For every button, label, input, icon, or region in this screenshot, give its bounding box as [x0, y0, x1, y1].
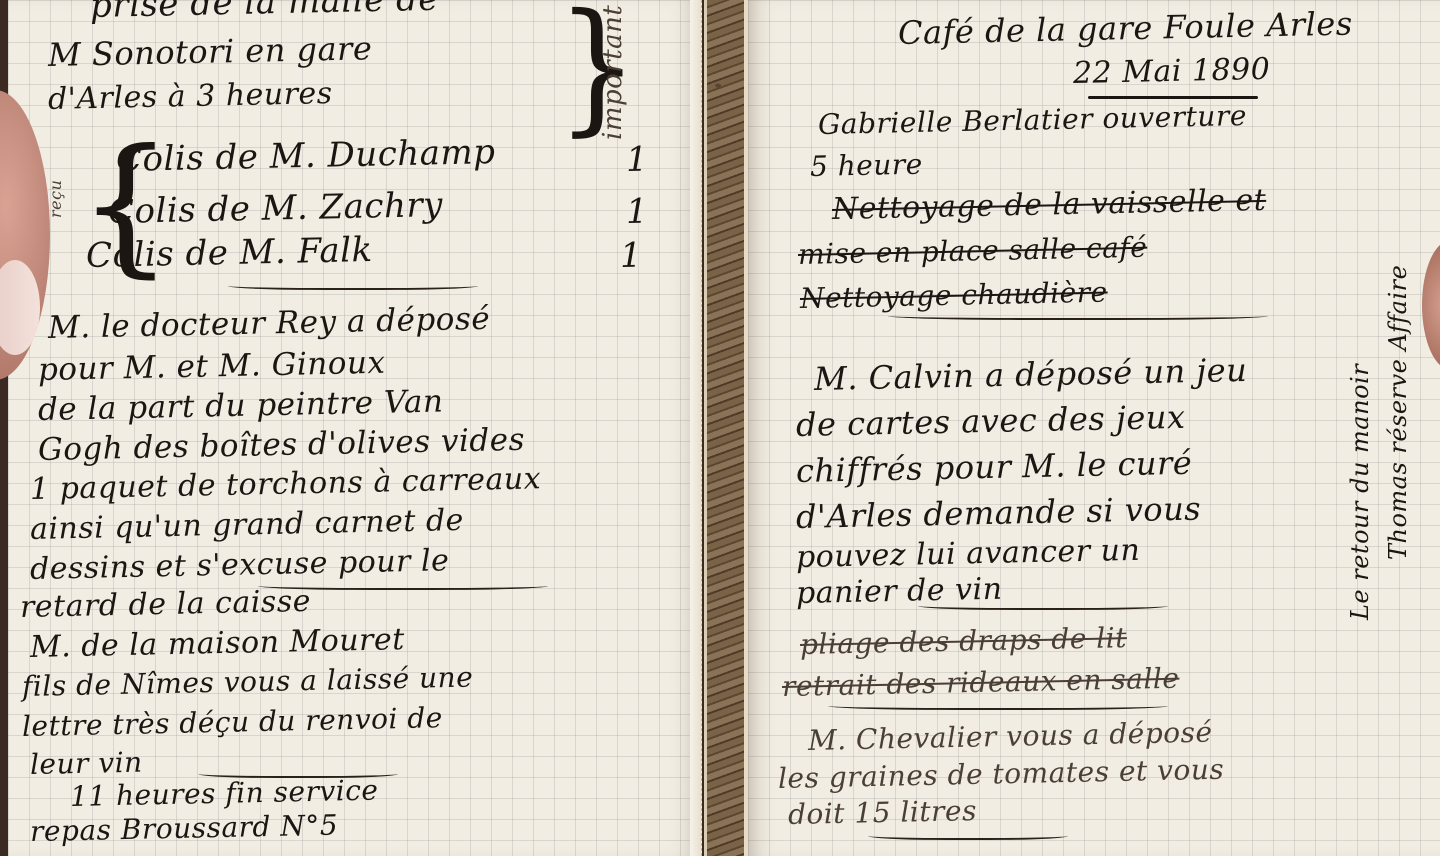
- squiggle-end-right: [868, 830, 1068, 840]
- right-line-4-struck: mise en place salle café: [798, 231, 1148, 271]
- right-line-2: 5 heure: [810, 148, 923, 183]
- right-line-6: M. Calvin a déposé un jeu: [814, 351, 1248, 398]
- left-body-line-13: 11 heures fin service: [70, 774, 379, 813]
- right-line-1: Gabrielle Berlatier ouverture: [818, 99, 1248, 141]
- right-line-12-struck: pliage des draps de lit: [800, 621, 1128, 661]
- page-header: Café de la gare Foule Arles: [898, 4, 1353, 52]
- left-body-line-9: M. de la maison Mouret: [30, 622, 405, 665]
- notebook-photo: prise de la malle de M Sonotori en gare …: [0, 0, 1440, 856]
- squiggle-separator: [228, 280, 478, 290]
- margin-note-important: important: [598, 5, 628, 140]
- right-page: Café de la gare Foule Arles 22 Mai 1890 …: [748, 0, 1440, 856]
- right-line-13-struck: retrait des rideaux en salle: [782, 662, 1180, 703]
- right-line-7: de cartes avec des jeux: [796, 398, 1186, 444]
- page-date: 22 Mai 1890: [1073, 52, 1271, 91]
- notebook-spine: [704, 0, 750, 856]
- left-body-line-11: lettre très déçu du renvoi de: [22, 701, 443, 743]
- squiggle-separator-right-3: [828, 700, 1168, 710]
- right-margin-note-2: Thomas réserve Affaire: [1384, 265, 1412, 560]
- left-top-line-1: prise de la malle de: [90, 0, 440, 26]
- parcel-1-label: Colis de M. Duchamp: [116, 132, 496, 180]
- parcel-2-qty: 1: [626, 192, 649, 232]
- left-body-line-8: retard de la caisse: [20, 584, 312, 625]
- right-line-16: doit 15 litres: [788, 794, 978, 831]
- left-top-line-3: d'Arles à 3 heures: [48, 76, 333, 117]
- parcel-1-qty: 1: [626, 140, 649, 180]
- left-top-line-2: M Sonotori en gare: [48, 29, 373, 74]
- right-margin-note-1: Le retour du manoir: [1346, 364, 1374, 620]
- torn-page-edge: [690, 0, 702, 856]
- left-body-line-5: 1 paquet de torchons à carreaux: [30, 461, 542, 507]
- left-page: prise de la malle de M Sonotori en gare …: [8, 0, 698, 856]
- right-line-10: pouvez lui avancer un: [796, 533, 1141, 575]
- right-line-9: d'Arles demande si vous: [796, 490, 1202, 536]
- right-line-8: chiffrés pour M. le curé: [796, 444, 1193, 490]
- right-line-14: M. Chevalier vous a déposé: [808, 716, 1213, 757]
- squiggle-separator-right: [888, 310, 1268, 320]
- left-body-line-4: Gogh des boîtes d'olives vides: [38, 422, 526, 468]
- left-body-line-3: de la part du peintre Van: [38, 384, 444, 428]
- left-body-line-6: ainsi qu'un grand carnet de: [30, 503, 465, 547]
- parcel-2-label: Colis de M. Zachry: [108, 185, 444, 232]
- right-line-3-struck: Nettoyage de la vaisselle et: [832, 183, 1267, 227]
- left-body-line-1: M. le docteur Rey a déposé: [48, 301, 491, 346]
- left-body-line-10: fils de Nîmes vous a laissé une: [22, 661, 474, 703]
- right-line-15: les graines de tomates et vous: [778, 753, 1225, 795]
- squiggle-separator-right-2: [918, 600, 1168, 610]
- parcel-3-label: Colis de M. Falk: [86, 230, 373, 276]
- left-body-line-12: leur vin: [30, 746, 143, 781]
- parcel-3-qty: 1: [620, 236, 643, 276]
- left-body-line-14: repas Broussard N°5: [30, 809, 339, 848]
- left-body-line-2: pour M. et M. Ginoux: [38, 345, 386, 388]
